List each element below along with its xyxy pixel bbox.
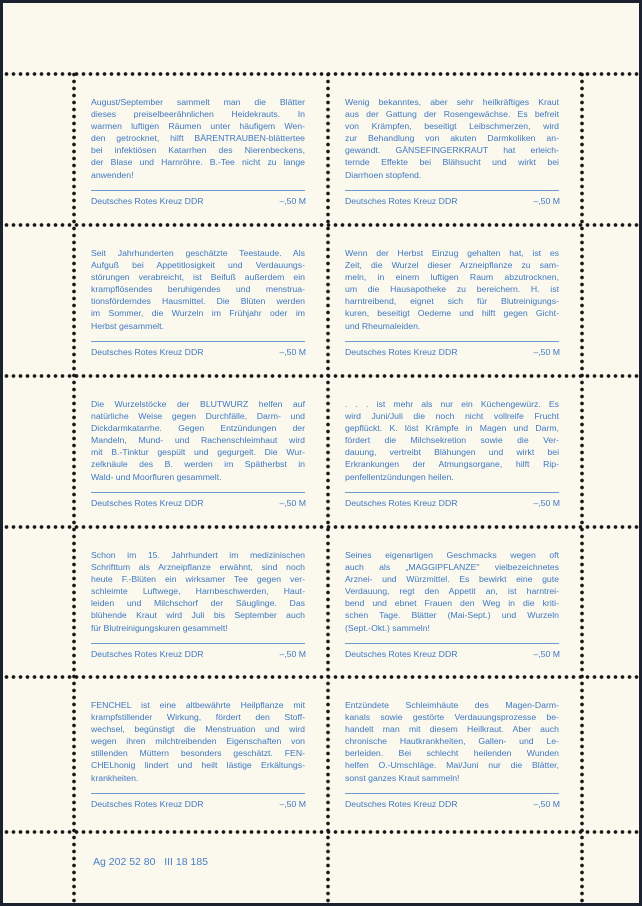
description-line: Schon im 15. Jahrhundert im medizinische… xyxy=(91,549,305,561)
stamp[interactable]: Schon im 15. Jahrhundert im medizinische… xyxy=(74,527,328,678)
description-line: gewandt. GÄNSEFINGERKRAUT hat erleich- xyxy=(345,144,559,156)
description-line: Wenn der Herbst Einzug gehalten hat, ist… xyxy=(345,247,559,259)
stamp-description: Wenig bekanntes, aber sehr heilkräftiges… xyxy=(345,96,559,181)
description-line: Aufguß bei Appetitlosigkeit und Verdauun… xyxy=(91,259,305,271)
description-line: Seit Jahrhunderten geschätzte Teestaude.… xyxy=(91,247,305,259)
description-line: im Sommer, die Wurzeln im Frühjahr oder … xyxy=(91,307,305,319)
description-line: tionsförderndes Hausmittel. Die Blüten w… xyxy=(91,295,305,307)
description-line: aus der Gattung der Rosengewächse. Es be… xyxy=(345,108,559,120)
description-line: Schrifttum als Arzneipflanze erwähnt, si… xyxy=(91,561,305,573)
description-line: zelknäule des B. werden im Spätherbst in xyxy=(91,458,305,470)
stamp-description: Seines eigenartigen Geschmacks wegen oft… xyxy=(345,549,559,634)
denomination-label: –,50 M xyxy=(533,799,560,809)
description-line: störungen verabreicht, ist Beifuß außerd… xyxy=(91,271,305,283)
description-line: um die Hausapotheke zu bereichern. H. is… xyxy=(345,283,559,295)
description-line: kanals sowie gestörte Verdauungsprozesse… xyxy=(345,711,559,723)
description-line: den getrocknet, hilft BÄRENTRAUBEN-blätt… xyxy=(91,132,305,144)
description-line: warmen luftigen Räumen unter häufigem We… xyxy=(91,120,305,132)
description-line: kuren, beseitigt Oedeme und hilft gegen … xyxy=(345,307,559,319)
description-line: und Rheumaleiden. xyxy=(345,320,559,332)
description-line: Die Wurzelstöcke der BLUTWURZ helfen auf xyxy=(91,398,305,410)
stamp[interactable]: Entzündete Schleimhäute des Magen-Darm-k… xyxy=(328,677,582,828)
denomination-label: –,50 M xyxy=(279,799,306,809)
description-line: krampfstillender Wirkung, fördert den St… xyxy=(91,711,305,723)
description-line: Herbst gesammelt. xyxy=(91,320,305,332)
stamp[interactable]: Wenn der Herbst Einzug gehalten hat, ist… xyxy=(328,225,582,376)
stamp-description: Seit Jahrhunderten geschätzte Teestaude.… xyxy=(91,247,305,332)
description-line: helfen O.-Umschläge. Mai/Juni nur die Bl… xyxy=(345,759,559,771)
description-line: Erkrankungen der Atmungsorgane, hilft Ri… xyxy=(345,458,559,470)
issuer-label: Deutsches Rotes Kreuz DDR xyxy=(91,196,204,206)
description-line: Wenig bekanntes, aber sehr heilkräftiges… xyxy=(345,96,559,108)
divider-rule xyxy=(345,341,559,342)
description-line: chronische Hautkrankheiten, Gallen- und … xyxy=(345,735,559,747)
description-line: (Sept.-Okt.) sammeln! xyxy=(345,622,559,634)
stamp-description: Wenn der Herbst Einzug gehalten hat, ist… xyxy=(345,247,559,332)
denomination-label: –,50 M xyxy=(533,196,560,206)
description-line: bei infektiösen Katarrhen des Nierenbeck… xyxy=(91,144,305,156)
description-line: für Blutreinigungskuren gesammelt! xyxy=(91,622,305,634)
description-line: Entzündete Schleimhäute des Magen-Darm- xyxy=(345,699,559,711)
description-line: berleiden. Bei schlecht heilenden Wunden xyxy=(345,747,559,759)
stamp-description: Entzündete Schleimhäute des Magen-Darm-k… xyxy=(345,699,559,784)
divider-rule xyxy=(345,190,559,191)
issuer-label: Deutsches Rotes Kreuz DDR xyxy=(345,347,458,357)
description-line: Seines eigenartigen Geschmacks wegen oft xyxy=(345,549,559,561)
stamp[interactable]: FENCHEL ist eine altbewährte Heilpflanze… xyxy=(74,677,328,828)
description-line: mit B.-Tinktur gespült und gegurgelt. Di… xyxy=(91,446,305,458)
description-line: handelt man mit diesem Heilkraut. Aber a… xyxy=(345,723,559,735)
issuer-label: Deutsches Rotes Kreuz DDR xyxy=(345,196,458,206)
description-line: natürliche Weise gegen Durchfälle, Darm-… xyxy=(91,410,305,422)
description-line: schen Tage. Blätter (Mai-Sept.) und Wurz… xyxy=(345,609,559,621)
description-line: FENCHEL ist eine altbewährte Heilpflanze… xyxy=(91,699,305,711)
description-line: Arznei- und Würzmittel. Es bewirkt eine … xyxy=(345,573,559,585)
description-line: Dickdarmkatarrhe. Gegen Entzündungen der xyxy=(91,422,305,434)
issuer-label: Deutsches Rotes Kreuz DDR xyxy=(91,649,204,659)
divider-rule xyxy=(91,341,305,342)
issuer-label: Deutsches Rotes Kreuz DDR xyxy=(91,799,204,809)
description-line: heute F.-Blüten ein wirksamer Tee gegen … xyxy=(91,573,305,585)
stamp[interactable]: Wenig bekanntes, aber sehr heilkräftiges… xyxy=(328,74,582,225)
divider-rule xyxy=(91,793,305,794)
issuer-label: Deutsches Rotes Kreuz DDR xyxy=(345,498,458,508)
description-line: zur Behandlung von akuten Darmkoliken an… xyxy=(345,132,559,144)
description-line: fördert die Milchsekretion sowie die Ver… xyxy=(345,434,559,446)
description-line: gepflückt. K. löst Krämpfe in Magen und … xyxy=(345,422,559,434)
description-line: CHELhonig lindert und heilt lästige Erkä… xyxy=(91,759,305,771)
issuer-label: Deutsches Rotes Kreuz DDR xyxy=(345,799,458,809)
description-line: der Blase und Harnröhre. B.-Tee nicht zu… xyxy=(91,156,305,168)
denomination-label: –,50 M xyxy=(279,649,306,659)
description-line: bend und ebnet Frauen den Weg in die kri… xyxy=(345,597,559,609)
stamp[interactable]: Seit Jahrhunderten geschätzte Teestaude.… xyxy=(74,225,328,376)
description-line: von Krämpfen, beseitigt Leibschmerzen, w… xyxy=(345,120,559,132)
description-line: wechsel, begünstigt die Menstruation und… xyxy=(91,723,305,735)
description-line: Mandeln, Mund- und Rachenschleimhaut wir… xyxy=(91,434,305,446)
stamp[interactable]: August/September sammelt man die Blätter… xyxy=(74,74,328,225)
description-line: stillenden Müttern besonders geschätzt. … xyxy=(91,747,305,759)
perforation-row xyxy=(3,829,639,835)
description-line: krampflösendes beruhigendes und menstrua… xyxy=(91,283,305,295)
divider-rule xyxy=(91,492,305,493)
description-line: dauung, vertreibt Blähungen und wirkt be… xyxy=(345,446,559,458)
stamp[interactable]: Die Wurzelstöcke der BLUTWURZ helfen auf… xyxy=(74,376,328,527)
denomination-label: –,50 M xyxy=(279,498,306,508)
denomination-label: –,50 M xyxy=(533,649,560,659)
description-line: wegen ihren milchtreibenden Eigenschafte… xyxy=(91,735,305,747)
divider-rule xyxy=(345,643,559,644)
description-line: Diarrhoen stopfend. xyxy=(345,169,559,181)
description-line: ternde Effekte bei Blähsucht und wirkt b… xyxy=(345,156,559,168)
description-line: . . . ist mehr als nur ein Küchengewürz.… xyxy=(345,398,559,410)
description-line: krankheiten. xyxy=(91,772,305,784)
description-line: Zeit, die Wurzel dieser Arzneipflanze zu… xyxy=(345,259,559,271)
description-line: August/September sammelt man die Blätter xyxy=(91,96,305,108)
description-line: Wald- und Moorfluren gesammelt. xyxy=(91,471,305,483)
divider-rule xyxy=(345,492,559,493)
divider-rule xyxy=(345,793,559,794)
stamp[interactable]: . . . ist mehr als nur ein Küchengewürz.… xyxy=(328,376,582,527)
denomination-label: –,50 M xyxy=(533,498,560,508)
description-line: schleimte Luftwege, Harnbeschwerden, Hau… xyxy=(91,585,305,597)
denomination-label: –,50 M xyxy=(279,347,306,357)
denomination-label: –,50 M xyxy=(279,196,306,206)
stamp-description: FENCHEL ist eine altbewährte Heilpflanze… xyxy=(91,699,305,784)
description-line: dieses preiselbeerähnlichen Heidekrauts.… xyxy=(91,108,305,120)
issuer-label: Deutsches Rotes Kreuz DDR xyxy=(91,498,204,508)
description-line: wird Juni/Juli die noch nicht vollreife … xyxy=(345,410,559,422)
description-line: anwenden! xyxy=(91,169,305,181)
stamp-description: . . . ist mehr als nur ein Küchengewürz.… xyxy=(345,398,559,483)
description-line: sonst ganzes Kraut sammeln! xyxy=(345,772,559,784)
denomination-label: –,50 M xyxy=(533,347,560,357)
description-line: Verdauung, regt den Appetit an, ist harn… xyxy=(345,585,559,597)
sheet-imprint-code: Ag 202 52 80 III 18 185 xyxy=(93,856,208,868)
description-line: meln, in einem luftigen Raum abzutrockne… xyxy=(345,271,559,283)
issuer-label: Deutsches Rotes Kreuz DDR xyxy=(91,347,204,357)
issuer-label: Deutsches Rotes Kreuz DDR xyxy=(345,649,458,659)
description-line: harntreibend, eignet sich für Blutreinig… xyxy=(345,295,559,307)
divider-rule xyxy=(91,643,305,644)
stamp-description: Die Wurzelstöcke der BLUTWURZ helfen auf… xyxy=(91,398,305,483)
stamp-sheet: August/September sammelt man die Blätter… xyxy=(3,3,639,903)
stamp-description: Schon im 15. Jahrhundert im medizinische… xyxy=(91,549,305,634)
divider-rule xyxy=(91,190,305,191)
description-line: auch als „MAGGIPFLANZE" vielbezeichnetes xyxy=(345,561,559,573)
description-line: blühende Kraut wird Juli bis September a… xyxy=(91,609,305,621)
description-line: leiden und Milchschorf der Säuglinge. Da… xyxy=(91,597,305,609)
description-line: penfellentzündungen heilen. xyxy=(345,471,559,483)
stamp[interactable]: Seines eigenartigen Geschmacks wegen oft… xyxy=(328,527,582,678)
stamp-description: August/September sammelt man die Blätter… xyxy=(91,96,305,181)
